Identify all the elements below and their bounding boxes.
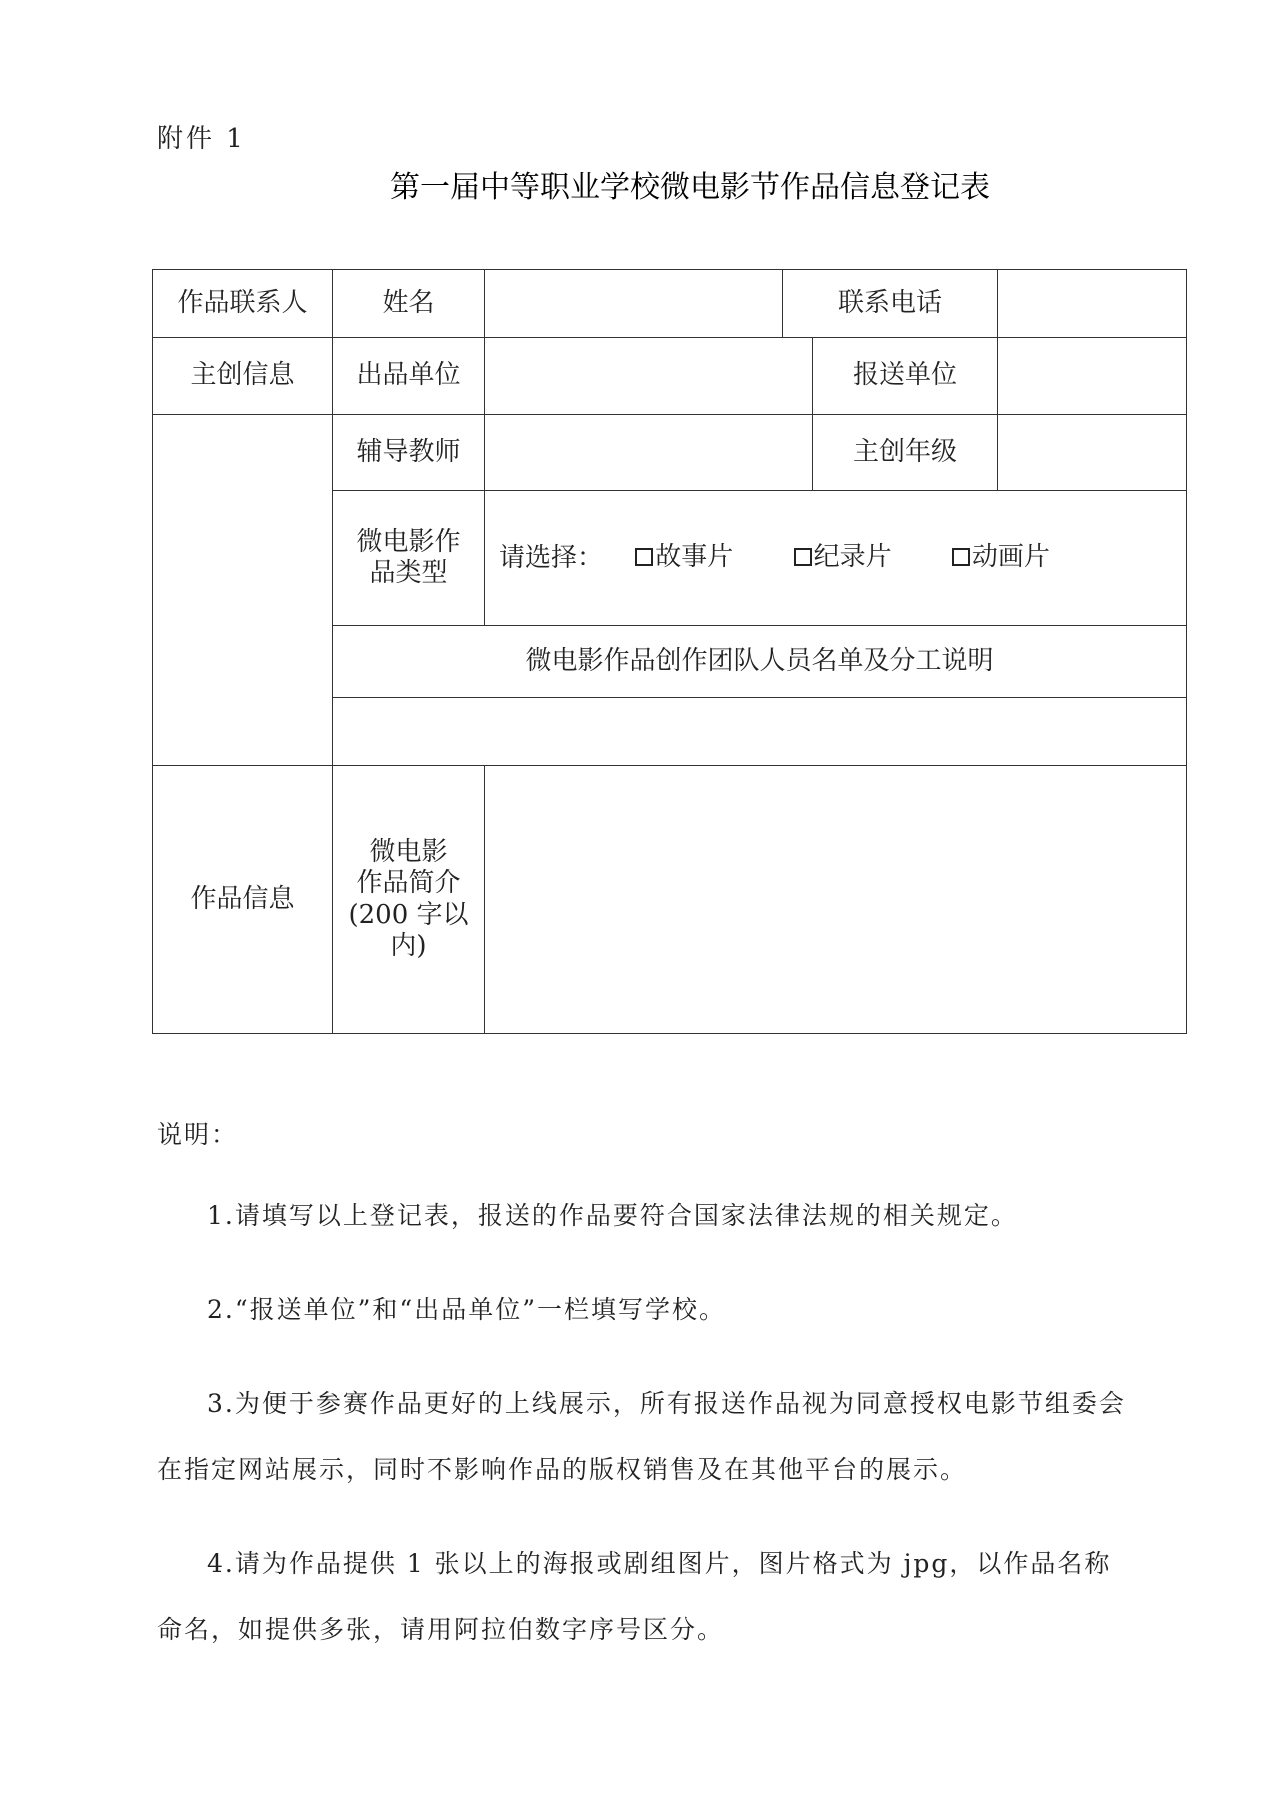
note-item-3: 3.为便于参赛作品更好的上线展示，所有报送作品视为同意授权电影节组委会在指定网站… bbox=[157, 1371, 1127, 1503]
phone-label: 联系电话 bbox=[783, 270, 998, 338]
section-label-creator-info-continued bbox=[153, 415, 333, 766]
synopsis-label-line2: 作品简介 bbox=[333, 868, 484, 899]
option-documentary[interactable]: 纪录片 bbox=[794, 542, 892, 573]
grade-field[interactable] bbox=[998, 415, 1187, 491]
submitter-field[interactable] bbox=[998, 338, 1187, 415]
synopsis-label-line3: (200 字以 bbox=[333, 900, 484, 931]
section-label-work-info: 作品信息 bbox=[153, 766, 333, 1034]
option-documentary-label: 纪录片 bbox=[814, 542, 892, 573]
notes-heading: 说明： bbox=[157, 1115, 1127, 1155]
option-animation-label: 动画片 bbox=[972, 542, 1050, 573]
note-item-1: 1.请填写以上登记表，报送的作品要符合国家法律法规的相关规定。 bbox=[157, 1183, 1127, 1249]
name-label: 姓名 bbox=[333, 270, 485, 338]
synopsis-label: 微电影 作品简介 (200 字以 内) bbox=[333, 766, 485, 1034]
phone-label-text: 联系电话 bbox=[838, 288, 942, 318]
film-type-label-line1: 微电影作 bbox=[333, 527, 484, 558]
attachment-label: 附件 1 bbox=[157, 118, 246, 155]
film-type-label: 微电影作 品类型 bbox=[333, 491, 485, 626]
note-item-4: 4.请为作品提供 1 张以上的海报或剧组图片，图片格式为 jpg，以作品名称命名… bbox=[157, 1531, 1127, 1663]
producer-field[interactable] bbox=[485, 338, 813, 415]
grade-label: 主创年级 bbox=[813, 415, 998, 491]
film-type-label-line2: 品类型 bbox=[333, 558, 484, 589]
film-type-options: 请选择： 故事片 纪录片 动画片 bbox=[485, 491, 1187, 626]
team-header: 微电影作品创作团队人员名单及分工说明 bbox=[333, 626, 1187, 698]
synopsis-field[interactable] bbox=[485, 766, 1187, 1034]
option-animation[interactable]: 动画片 bbox=[952, 542, 1050, 573]
row-work-info: 作品信息 微电影 作品简介 (200 字以 内) bbox=[153, 766, 1187, 1034]
synopsis-label-line4: 内) bbox=[333, 931, 484, 962]
film-type-prompt: 请选择： bbox=[499, 543, 603, 573]
document-page: 附件 1 第一届中等职业学校微电影节作品信息登记表 作品联系人 姓名 联系电话 bbox=[0, 0, 1280, 1810]
registration-form-table: 作品联系人 姓名 联系电话 主创信息 出品单位 报送单位 辅导教师 bbox=[152, 269, 1187, 1034]
notes-section: 说明： 1.请填写以上登记表，报送的作品要符合国家法律法规的相关规定。 2.“报… bbox=[157, 1115, 1127, 1691]
section-label-contact: 作品联系人 bbox=[153, 270, 333, 338]
row-contact: 作品联系人 姓名 联系电话 bbox=[153, 270, 1187, 338]
section-label-creator-info: 主创信息 bbox=[153, 338, 333, 415]
checkbox-icon[interactable] bbox=[952, 548, 970, 566]
checkbox-icon[interactable] bbox=[794, 548, 812, 566]
option-narrative[interactable]: 故事片 bbox=[635, 542, 733, 573]
team-field[interactable] bbox=[333, 698, 1187, 766]
note-item-2: 2.“报送单位”和“出品单位”一栏填写学校。 bbox=[157, 1277, 1127, 1343]
option-narrative-label: 故事片 bbox=[655, 542, 733, 573]
teacher-field[interactable] bbox=[485, 415, 813, 491]
teacher-label: 辅导教师 bbox=[333, 415, 485, 491]
form-title: 第一届中等职业学校微电影节作品信息登记表 bbox=[0, 162, 1280, 206]
phone-field[interactable] bbox=[998, 270, 1187, 338]
row-producer: 主创信息 出品单位 报送单位 bbox=[153, 338, 1187, 415]
synopsis-label-line1: 微电影 bbox=[333, 837, 484, 868]
name-field[interactable] bbox=[485, 270, 783, 338]
row-teacher: 辅导教师 主创年级 bbox=[153, 415, 1187, 491]
producer-label: 出品单位 bbox=[333, 338, 485, 415]
submitter-label: 报送单位 bbox=[813, 338, 998, 415]
checkbox-icon[interactable] bbox=[635, 548, 653, 566]
